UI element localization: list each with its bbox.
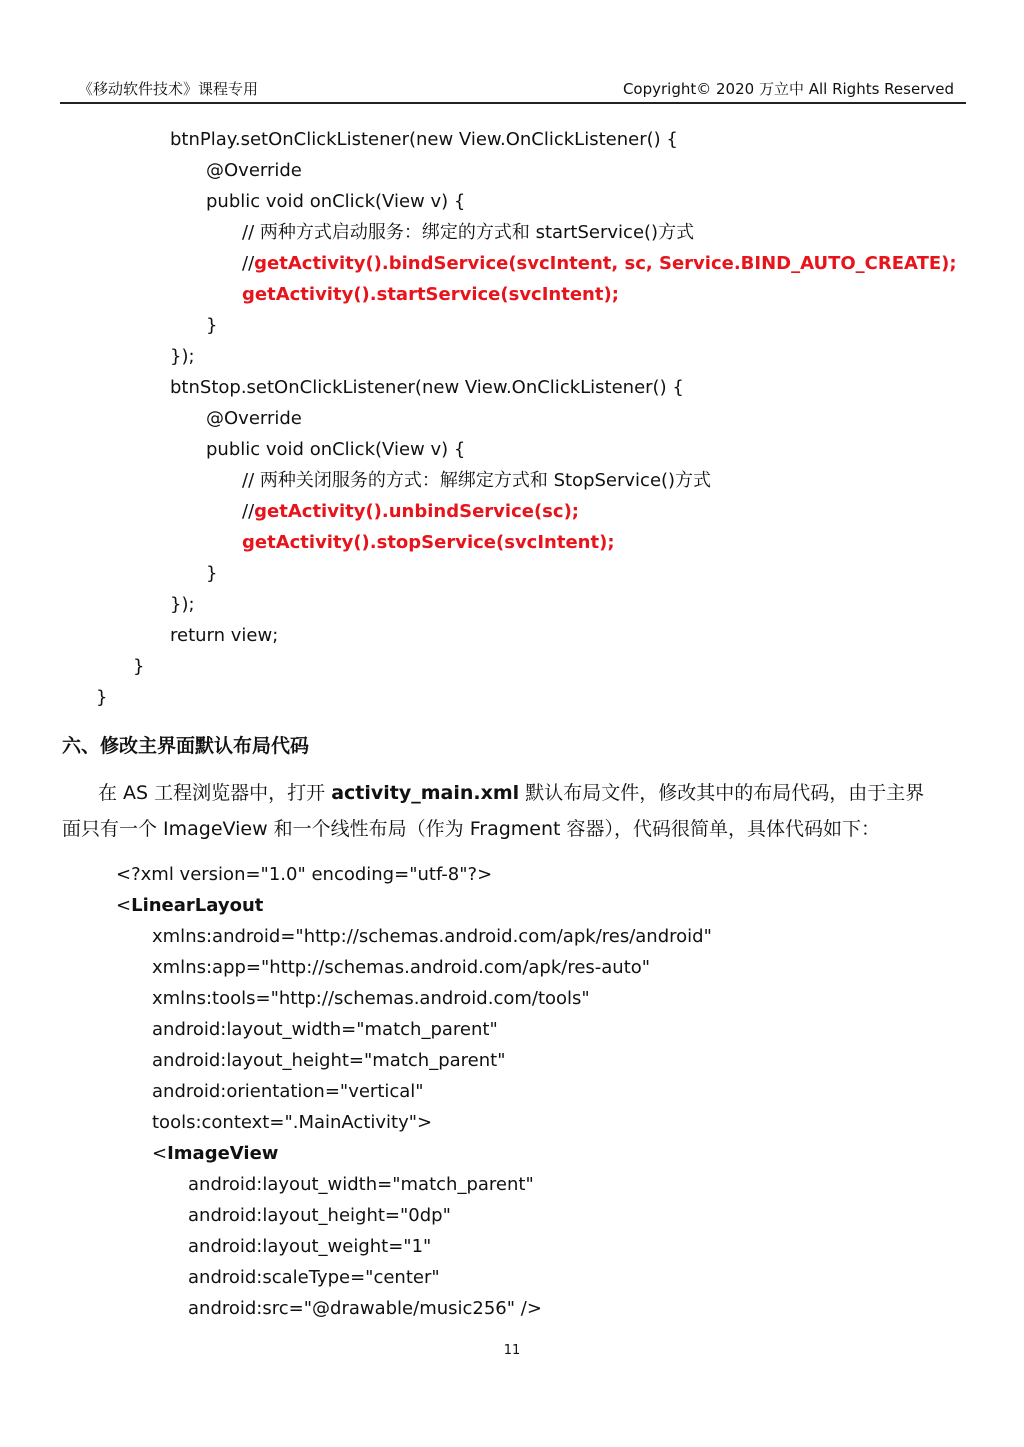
code-line: } (206, 562, 217, 586)
code-line: android:scaleType="center" (188, 1266, 440, 1290)
code-line-highlight: getActivity().stopService(svcIntent); (242, 531, 615, 555)
code-line-highlight: //getActivity().bindService(svcIntent, s… (242, 252, 957, 276)
code-line: } (206, 314, 217, 338)
comment-prefix: // (242, 501, 254, 522)
code-line: xmlns:android="http://schemas.android.co… (152, 925, 712, 949)
code-line: android:layout_height="0dp" (188, 1204, 451, 1228)
para-text: 默认布局文件，修改其中的布局代码，由于主界 (519, 782, 924, 804)
code-comment: // 两种关闭服务的方式：解绑定方式和 StopService()方式 (242, 469, 711, 493)
code-line: android:layout_height="match_parent" (152, 1049, 505, 1073)
code-line: android:layout_weight="1" (188, 1235, 431, 1259)
code-line-highlight: //getActivity().unbindService(sc); (242, 500, 579, 524)
highlight-code: getActivity().unbindService(sc); (254, 501, 579, 522)
code-line: <?xml version="1.0" encoding="utf-8"?> (116, 863, 492, 887)
code-line: android:layout_width="match_parent" (188, 1173, 534, 1197)
code-line: public void onClick(View v) { (206, 190, 465, 214)
code-line-highlight: getActivity().startService(svcIntent); (242, 283, 619, 307)
paragraph-line-2: 面只有一个 ImageView 和一个线性布局（作为 Fragment 容器），… (62, 817, 967, 841)
code-comment: // 两种方式启动服务：绑定的方式和 startService()方式 (242, 221, 694, 245)
code-line: @Override (206, 159, 302, 183)
code-line: btnStop.setOnClickListener(new View.OnCl… (170, 376, 684, 400)
code-line: } (96, 686, 107, 710)
code-line: <LinearLayout (116, 894, 263, 918)
code-line: android:layout_width="match_parent" (152, 1018, 498, 1042)
tag-name: LinearLayout (131, 895, 263, 916)
code-line: <ImageView (152, 1142, 278, 1166)
code-line: btnPlay.setOnClickListener(new View.OnCl… (170, 128, 678, 152)
code-line: android:orientation="vertical" (152, 1080, 424, 1104)
highlight-code: getActivity().bindService(svcIntent, sc,… (254, 253, 956, 274)
paragraph-line-1: 在 AS 工程浏览器中，打开 activity_main.xml 默认布局文件，… (98, 781, 1003, 805)
code-line: public void onClick(View v) { (206, 438, 465, 462)
code-line: } (133, 655, 144, 679)
section-heading: 六、修改主界面默认布局代码 (62, 731, 309, 758)
code-line: tools:context=".MainActivity"> (152, 1111, 432, 1135)
tag-name: ImageView (167, 1143, 278, 1164)
tag-bracket: < (116, 895, 131, 916)
code-line: @Override (206, 407, 302, 431)
comment-prefix: // (242, 253, 254, 274)
code-line: xmlns:app="http://schemas.android.com/ap… (152, 956, 650, 980)
page-header: 《移动软件技术》课程专用 Copyright© 2020 万立中 All Rig… (60, 76, 966, 104)
code-line: return view; (170, 624, 278, 648)
para-text: 在 AS 工程浏览器中，打开 (98, 782, 331, 804)
filename: activity_main.xml (331, 782, 519, 804)
course-title: 《移动软件技术》课程专用 (78, 78, 258, 99)
tag-bracket: < (152, 1143, 167, 1164)
code-line: xmlns:tools="http://schemas.android.com/… (152, 987, 590, 1011)
page-number: 11 (0, 1343, 1024, 1358)
code-line: android:src="@drawable/music256" /> (188, 1297, 542, 1321)
code-line: }); (170, 593, 195, 617)
copyright: Copyright© 2020 万立中 All Rights Reserved (623, 78, 954, 99)
code-line: }); (170, 345, 195, 369)
